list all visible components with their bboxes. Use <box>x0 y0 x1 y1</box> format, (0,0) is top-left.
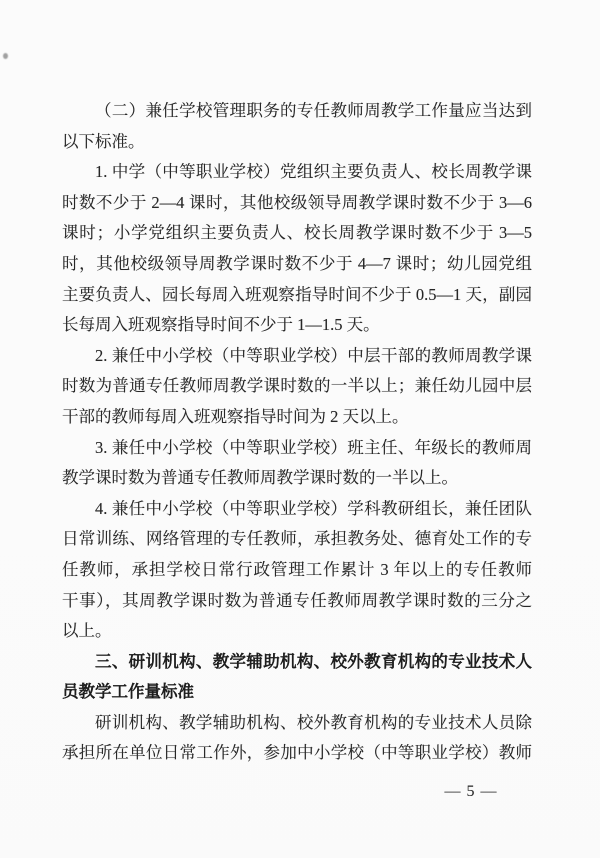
body-text-line: 时，其他校级领导周教学课时数不少于 4—7 课时；幼儿园党组织 <box>62 249 532 280</box>
body-text-line: 1. 中学（中等职业学校）党组织主要负责人、校长周教学课 <box>62 157 532 188</box>
body-text-line: 承担所在单位日常工作外，参加中小学校（中等职业学校）教师 <box>62 738 532 769</box>
body-text-line: 以上。 <box>62 616 532 647</box>
section-heading-line: 三、研训机构、教学辅助机构、校外教育机构的专业技术人 <box>62 647 532 678</box>
body-text-line: 3. 兼任中小学校（中等职业学校）班主任、年级长的教师周 <box>62 433 532 464</box>
body-text-line: 课时；小学党组织主要负责人、校长周教学课时数不少于 3—5 课 <box>62 218 532 249</box>
body-text-line: 以下标准。 <box>62 127 532 158</box>
body-text-line: 主要负责人、园长每周入班观察指导时间不少于 0.5—1 天，副园 <box>62 280 532 311</box>
body-text-line: 干事），其周教学课时数为普通专任教师周教学课时数的三分之二 <box>62 586 532 617</box>
page-number: — 5 — <box>436 783 506 801</box>
section-heading-line: 员教学工作量标准 <box>62 677 532 708</box>
body-text-line: （二）兼任学校管理职务的专任教师周教学工作量应当达到 <box>62 96 532 127</box>
body-text-line: 任教师，承担学校日常行政管理工作累计 3 年以上的专任教师（含 <box>62 555 532 586</box>
scan-artifact-speck <box>3 53 8 59</box>
body-text-line: 4. 兼任中小学校（中等职业学校）学科教研组长，兼任团队 <box>62 494 532 525</box>
body-text-line: 2. 兼任中小学校（中等职业学校）中层干部的教师周教学课 <box>62 341 532 372</box>
body-text-line: 日常训练、网络管理的专任教师，承担教务处、德育处工作的专 <box>62 524 532 555</box>
scanned-document-page: （二）兼任学校管理职务的专任教师周教学工作量应当达到以下标准。1. 中学（中等职… <box>0 0 600 858</box>
body-text-line: 时数为普通专任教师周教学课时数的一半以上；兼任幼儿园中层 <box>62 371 532 402</box>
body-text-line: 长每周入班观察指导时间不少于 1—1.5 天。 <box>62 310 532 341</box>
body-text-line: 干部的教师每周入班观察指导时间为 2 天以上。 <box>62 402 532 433</box>
body-text-line: 研训机构、教学辅助机构、校外教育机构的专业技术人员除 <box>62 708 532 739</box>
document-body: （二）兼任学校管理职务的专任教师周教学工作量应当达到以下标准。1. 中学（中等职… <box>62 96 532 769</box>
body-text-line: 时数不少于 2—4 课时，其他校级领导周教学课时数不少于 3—6 <box>62 188 532 219</box>
body-text-line: 教学课时数为普通专任教师周教学课时数的一半以上。 <box>62 463 532 494</box>
